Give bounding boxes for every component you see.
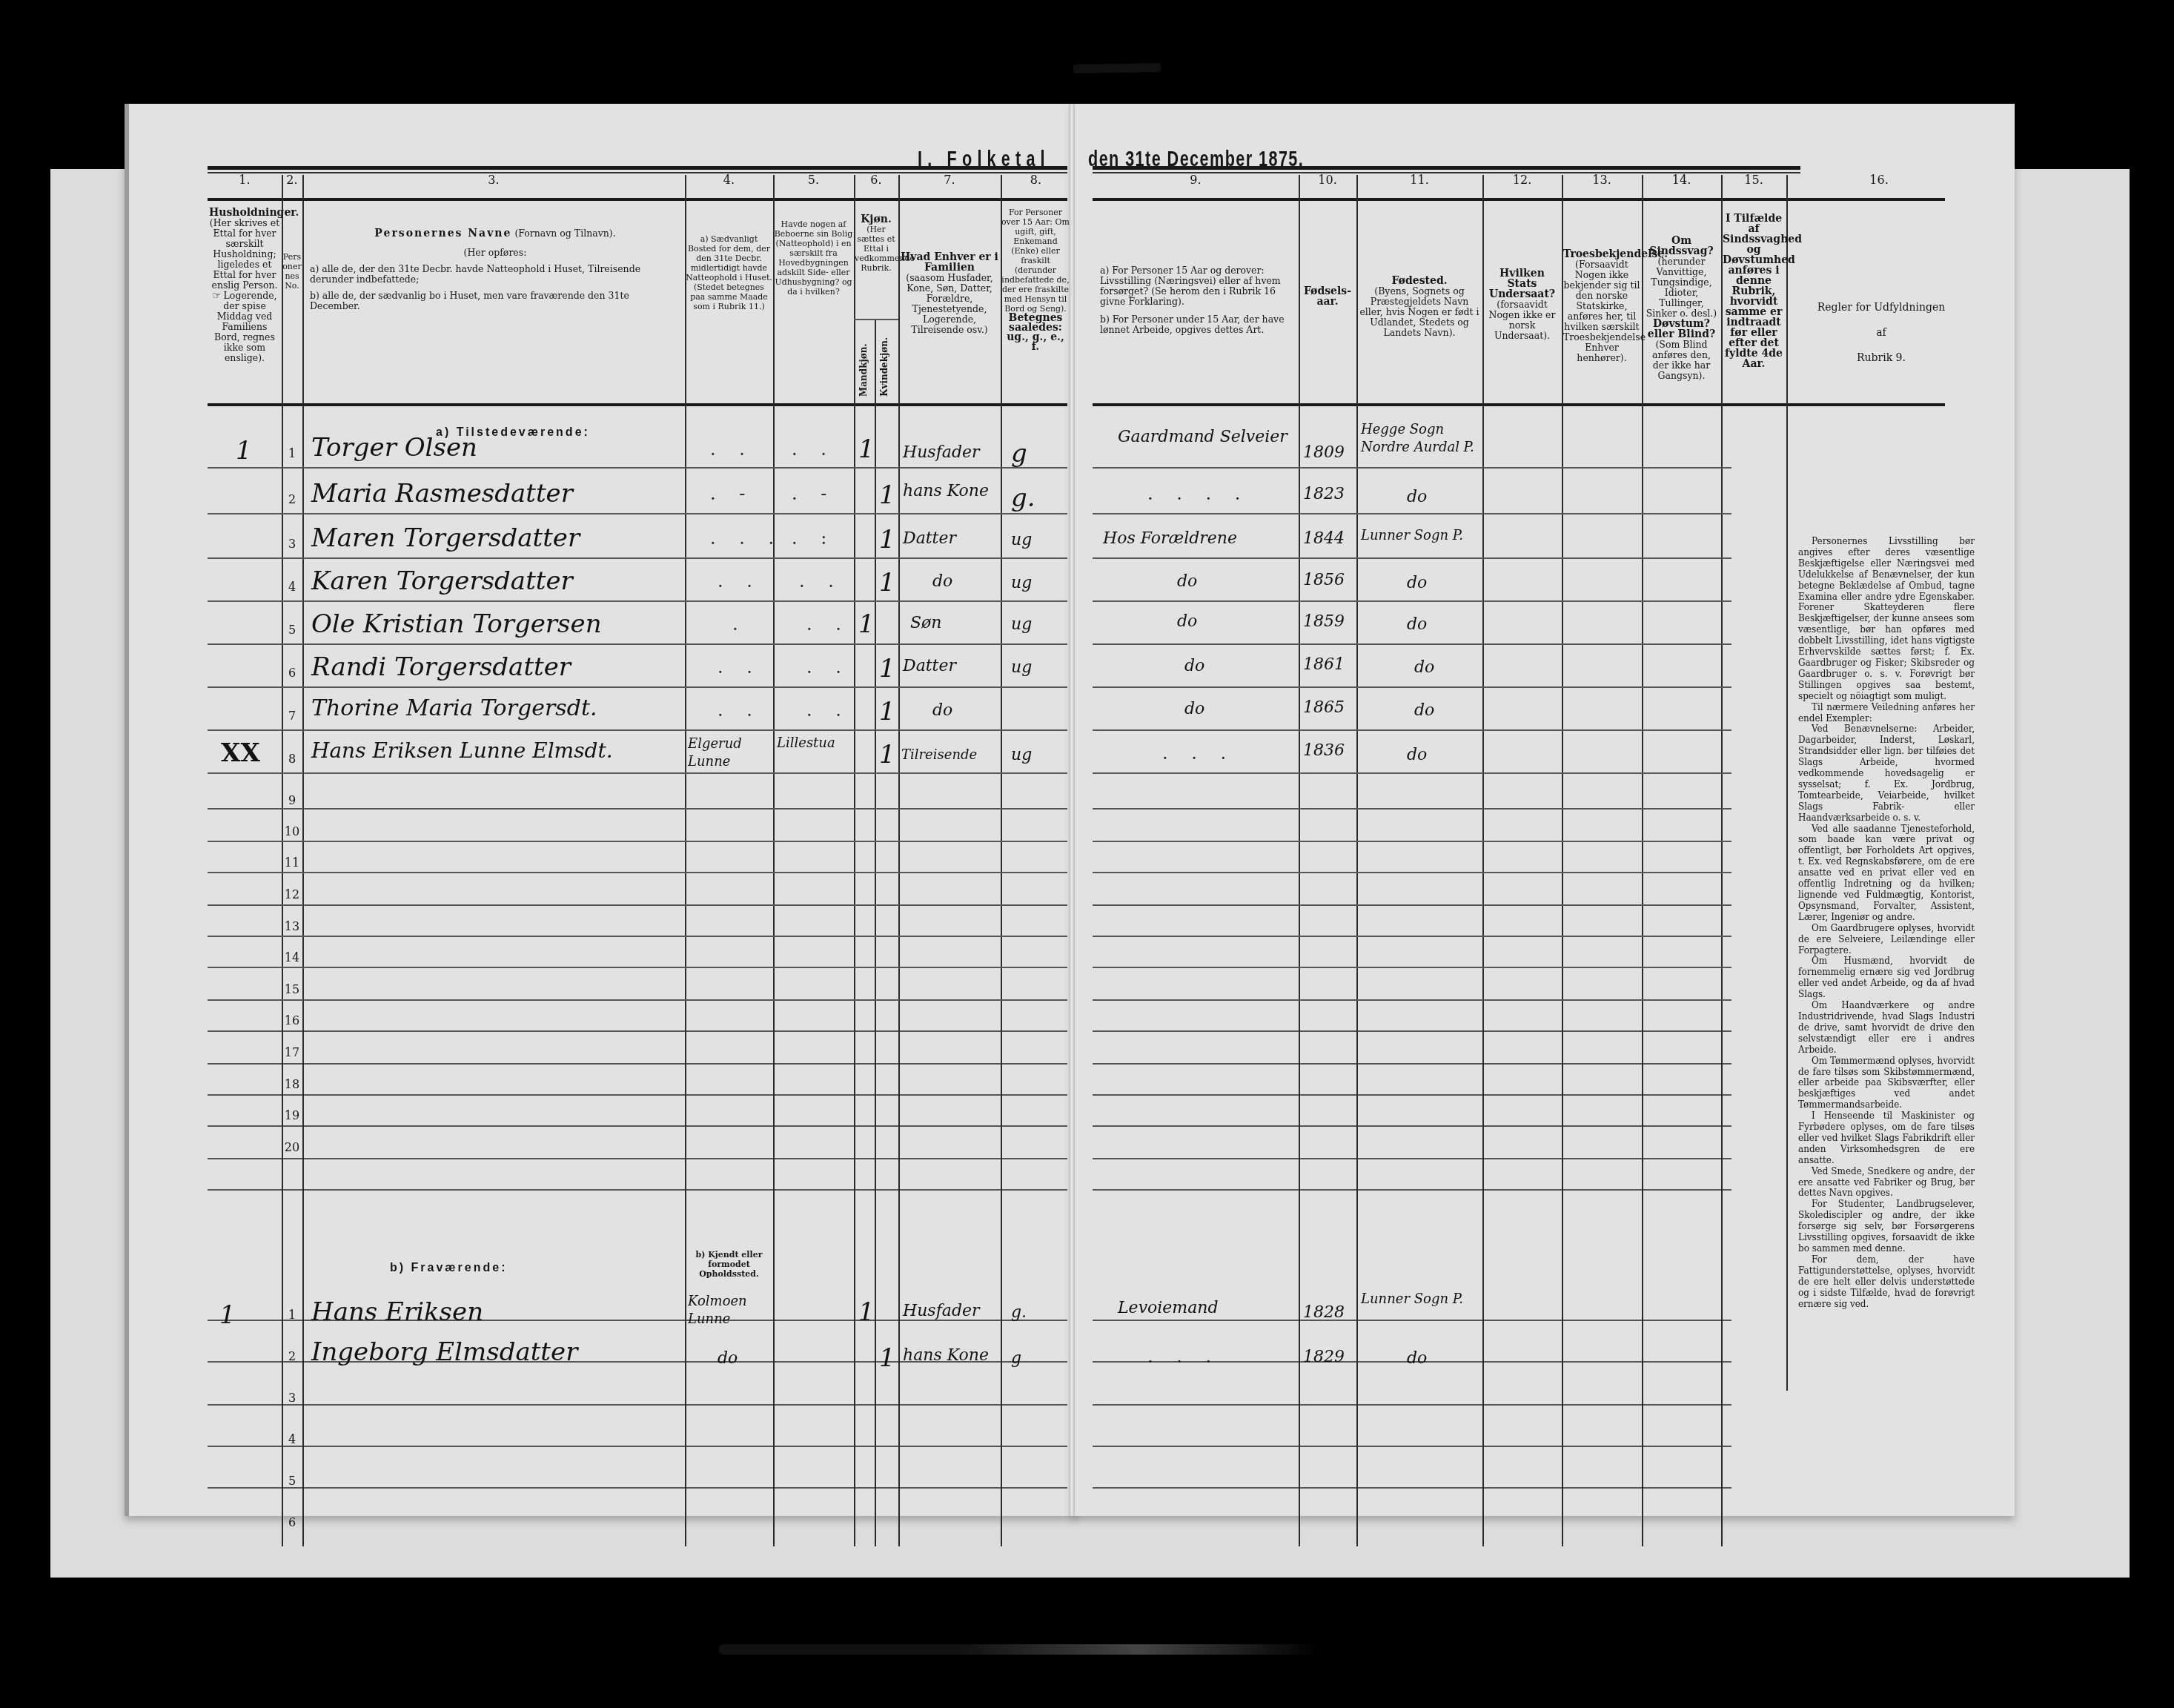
row-rule <box>208 467 1067 469</box>
row-rule <box>208 841 1067 842</box>
female-mark: 1 <box>879 740 895 769</box>
col-num-7: 7. <box>898 173 1001 187</box>
row-rule <box>1093 1158 1731 1159</box>
male-mark: 1 <box>858 609 875 639</box>
bygning: . . <box>806 614 850 635</box>
opholdssted: Kolmoen Lunne <box>688 1293 769 1328</box>
header-bottom-rule-left <box>208 403 1067 406</box>
header-col6: Kjøn.(Her sættes et Ettal i vedkommende … <box>855 215 898 273</box>
row-rule <box>1093 513 1731 514</box>
row-rule <box>208 1487 1067 1489</box>
header-col10: Fødsels-aar. <box>1300 286 1355 307</box>
row-number: 16 <box>283 1013 301 1027</box>
row-number: 8 <box>283 752 301 766</box>
absent-col4-label: b) Kjendt eller formodet Opholdssted. <box>686 1250 772 1279</box>
row-rule <box>208 1404 1067 1406</box>
row-number: 17 <box>283 1045 301 1059</box>
header-col16: Regler for Udfyldningen af Rubrik 9. <box>1792 295 1970 371</box>
occupation: do <box>1184 657 1204 675</box>
section-absent-label: b) Fraværende: <box>390 1262 507 1275</box>
occupation: do <box>1177 572 1197 591</box>
person-name: Randi Torgersdatter <box>311 652 571 682</box>
cross-mark: XX <box>221 738 260 768</box>
occupation: . . . <box>1162 743 1235 764</box>
row-number: 10 <box>283 824 301 838</box>
row-rule <box>208 872 1067 873</box>
col-line <box>685 1027 686 1546</box>
birthplace: do <box>1414 701 1434 720</box>
row-rule <box>208 904 1067 906</box>
row-number: 2 <box>283 1349 301 1363</box>
row-rule <box>1093 936 1731 937</box>
household-mark: 1 <box>219 1300 236 1330</box>
birthplace: do <box>1407 615 1427 634</box>
row-number: 13 <box>283 919 301 933</box>
col-num-2: 2. <box>282 173 302 187</box>
birthplace: Lunner Sogn P. <box>1361 528 1463 543</box>
civil-status: g <box>1011 1349 1021 1368</box>
col-num-11: 11. <box>1356 173 1482 187</box>
person-name: Ole Kristian Torgersen <box>311 609 602 639</box>
row-rule <box>1093 1487 1731 1489</box>
row-rule <box>1093 904 1731 906</box>
person-name: Thorine Maria Torgersdt. <box>311 695 597 721</box>
row-number: 3 <box>283 1391 301 1405</box>
row-number: 6 <box>283 666 301 680</box>
row-number: 19 <box>283 1108 301 1122</box>
family-role: Husfader <box>903 443 980 462</box>
row-number: 9 <box>283 793 301 807</box>
occupation: . . . <box>1147 1346 1220 1367</box>
header-col5: Havde nogen af Beboerne sin Bolig (Natte… <box>774 219 853 297</box>
row-rule <box>1093 686 1731 688</box>
col-line <box>1299 1027 1300 1546</box>
row-number: 5 <box>283 1474 301 1488</box>
bosted: . . . <box>710 528 783 549</box>
row-number: 18 <box>283 1077 301 1091</box>
family-role: Datter <box>903 529 956 548</box>
person-name: Hans Eriksen Lunne Elmsdt. <box>311 738 613 763</box>
birth-year: 1861 <box>1303 655 1345 674</box>
row-number: 5 <box>283 623 301 637</box>
row-number: 3 <box>283 537 301 551</box>
row-rule <box>208 1446 1067 1447</box>
row-number: 7 <box>283 709 301 723</box>
col-line <box>1482 1027 1484 1546</box>
top-rule-right <box>1093 166 1800 170</box>
civil-status: ug <box>1011 574 1032 592</box>
row-rule <box>1093 557 1731 559</box>
birthplace: do <box>1407 1349 1427 1368</box>
row-rule <box>208 600 1067 602</box>
row-rule <box>208 808 1067 810</box>
civil-status: g. <box>1011 483 1035 513</box>
col-num-3: 3. <box>302 173 685 187</box>
col-line <box>1356 1027 1358 1546</box>
bygning: . - <box>792 483 835 504</box>
row-number: 6 <box>283 1515 301 1529</box>
occupation: . . . . <box>1147 483 1249 504</box>
row-rule <box>1093 1030 1731 1032</box>
col-line <box>875 319 876 1027</box>
birthplace: do <box>1407 574 1427 592</box>
female-mark: 1 <box>879 525 895 555</box>
bosted: . . <box>718 700 761 721</box>
bygning: . . <box>806 657 850 678</box>
header-male: Mandkjøn. <box>858 343 869 397</box>
col-num-4: 4. <box>685 173 773 187</box>
row-rule <box>208 557 1067 559</box>
header-col2: Personernes No. <box>282 252 302 291</box>
person-name: Torger Olsen <box>311 433 477 463</box>
row-number: 1 <box>283 1308 301 1322</box>
birth-year: 1823 <box>1303 485 1345 503</box>
col-line <box>1721 1027 1723 1546</box>
female-mark: 1 <box>879 480 895 510</box>
occupation: do <box>1177 612 1197 631</box>
birth-year: 1844 <box>1303 529 1345 548</box>
female-mark: 1 <box>879 697 895 726</box>
bygning: . . <box>792 439 835 460</box>
row-rule <box>208 936 1067 937</box>
col-num-14: 14. <box>1642 173 1721 187</box>
col-line <box>875 1027 876 1546</box>
col-line <box>302 1027 304 1546</box>
col-num-9: 9. <box>1093 173 1299 187</box>
top-ink-mark <box>1073 63 1161 73</box>
header-bottom-rule-right <box>1093 403 1945 406</box>
bosted: . <box>732 614 747 635</box>
row-rule <box>208 1094 1067 1096</box>
birthplace: do <box>1407 746 1427 764</box>
col-num-1: 1. <box>208 173 282 187</box>
bottom-ink-mark <box>719 1644 1319 1655</box>
row-rule <box>208 999 1067 1001</box>
occupation: Hos Forældrene <box>1103 529 1237 548</box>
bosted: . . <box>718 571 761 592</box>
colnum-rule-left <box>208 198 1067 201</box>
book-spine <box>1069 104 1075 1516</box>
birthplace: Hegge Sogn Nordre Aurdal P. <box>1361 421 1479 457</box>
row-rule <box>208 686 1067 688</box>
opholdssted: do <box>718 1349 738 1368</box>
col-line <box>898 1027 900 1546</box>
col-num-12: 12. <box>1482 173 1562 187</box>
birth-year: 1856 <box>1303 571 1345 589</box>
civil-status: ug <box>1011 615 1032 634</box>
birth-year: 1809 <box>1303 443 1345 462</box>
col-num-15: 15. <box>1721 173 1786 187</box>
col-line <box>1642 1027 1643 1546</box>
person-name: Karen Torgersdatter <box>311 566 573 596</box>
row-rule <box>1093 1125 1731 1127</box>
row-rule <box>1093 729 1731 731</box>
male-mark: 1 <box>858 434 875 464</box>
row-number: 14 <box>283 950 301 964</box>
header-col11: Fødested.(Byens, Sognets og Præstegjelde… <box>1358 276 1481 338</box>
family-role: do <box>932 572 952 591</box>
row-rule <box>1093 643 1731 645</box>
col-line <box>1786 175 1788 1391</box>
family-role: hans Kone <box>903 1346 989 1365</box>
birth-year: 1828 <box>1303 1303 1345 1322</box>
bygning: Lillestua <box>777 735 835 751</box>
census-ledger: I. Folketal den 31te December 1875. 1. 2… <box>125 104 2015 1516</box>
civil-status: g. <box>1011 1303 1027 1322</box>
bygning: . . <box>806 700 850 721</box>
header-col7: Hvad Enhver er i Familien(saasom Husfade… <box>900 252 999 335</box>
bosted: . . <box>718 657 761 678</box>
civil-status: g <box>1011 439 1027 469</box>
person-name: Maren Torgersdatter <box>311 523 580 553</box>
col-line <box>1562 1027 1563 1546</box>
sex-subheader-rule <box>854 319 898 320</box>
col-line <box>773 1027 775 1546</box>
male-mark: 1 <box>858 1297 875 1327</box>
col-line <box>854 1027 855 1546</box>
bosted: Elgerud Lunne <box>688 735 769 771</box>
row-rule <box>208 513 1067 514</box>
row-number: 2 <box>283 492 301 506</box>
col-line <box>1001 1027 1002 1546</box>
row-rule <box>208 1125 1067 1127</box>
birth-year: 1836 <box>1303 741 1345 760</box>
header-col15: I Tilfælde af Sindssvaghed og Døvstumhed… <box>1723 213 1785 369</box>
header-col8: For Personer over 15 Aar: Om ugift, gift… <box>1001 208 1070 352</box>
col-num-10: 10. <box>1299 173 1356 187</box>
row-rule <box>208 967 1067 968</box>
row-rule <box>1093 1404 1731 1406</box>
civil-status: ug <box>1011 658 1032 677</box>
row-rule <box>1093 1446 1731 1447</box>
row-rule <box>208 1063 1067 1065</box>
row-number: 15 <box>283 982 301 996</box>
row-rule <box>208 643 1067 645</box>
family-role: Tilreisende <box>901 747 977 763</box>
rubrik9-rules: Personernes Livsstilling bør angives eft… <box>1798 536 1975 1309</box>
row-rule <box>208 1189 1067 1191</box>
col-num-5: 5. <box>773 173 854 187</box>
birthplace: do <box>1414 658 1434 677</box>
birth-year: 1859 <box>1303 612 1345 631</box>
row-rule <box>1093 1094 1731 1096</box>
row-rule <box>1093 967 1731 968</box>
row-rule <box>1093 999 1731 1001</box>
row-number: 4 <box>283 1432 301 1446</box>
row-rule <box>1093 772 1731 774</box>
col-num-16: 16. <box>1786 173 1972 187</box>
header-col14: Om Sindssvag?(herunder Vanvittige, Tungs… <box>1643 236 1720 381</box>
family-role: hans Kone <box>903 482 989 500</box>
occupation: do <box>1184 700 1204 718</box>
female-mark: 1 <box>879 1343 895 1373</box>
row-rule <box>208 772 1067 774</box>
row-number: 20 <box>283 1140 301 1154</box>
birthplace: Lunner Sogn P. <box>1361 1290 1479 1309</box>
col-num-13: 13. <box>1562 173 1642 187</box>
birthplace: do <box>1407 488 1427 506</box>
col-num-8: 8. <box>1001 173 1071 187</box>
person-name: Ingeborg Elmsdatter <box>311 1337 577 1367</box>
row-rule <box>1093 600 1731 602</box>
row-rule <box>1093 872 1731 873</box>
female-mark: 1 <box>879 568 895 598</box>
row-rule <box>1093 808 1731 810</box>
header-col13: Troesbekjendelse.(Forsaavidt Nogen ikke … <box>1563 249 1640 363</box>
header-col9: a) For Personer 15 Aar og derover: Livss… <box>1100 265 1294 335</box>
civil-status: ug <box>1011 746 1032 764</box>
col-line <box>282 1027 283 1546</box>
family-role: Søn <box>910 614 942 632</box>
header-female: Kvindekjøn. <box>879 337 889 397</box>
birth-year: 1829 <box>1303 1348 1345 1366</box>
row-rule <box>208 1030 1067 1032</box>
family-role: do <box>932 701 952 720</box>
row-number: 12 <box>283 887 301 901</box>
row-rule <box>1093 1320 1731 1321</box>
birth-year: 1865 <box>1303 698 1345 717</box>
person-name: Hans Eriksen <box>311 1297 483 1327</box>
bygning: . : <box>792 528 835 549</box>
bosted: . - <box>710 483 754 504</box>
family-role: Husfader <box>903 1302 980 1320</box>
civil-status: ug <box>1011 531 1032 549</box>
row-rule <box>208 1158 1067 1159</box>
family-role: Datter <box>903 657 956 675</box>
top-rule-left <box>208 166 1067 170</box>
row-rule <box>1093 1063 1731 1065</box>
bosted: . . <box>710 439 754 460</box>
row-rule <box>1093 841 1731 842</box>
bygning: . . <box>799 571 843 592</box>
person-name: Maria Rasmesdatter <box>311 479 573 509</box>
household-mark: 1 <box>236 436 252 466</box>
row-rule <box>1093 467 1731 469</box>
header-col12: Hvilken Stats Undersaat?(forsaavidt Noge… <box>1484 268 1560 341</box>
row-number: 4 <box>283 580 301 594</box>
row-rule <box>208 729 1067 731</box>
header-col3: Personernes Navne (Fornavn og Tilnavn). … <box>310 228 680 311</box>
row-rule <box>1093 1189 1731 1191</box>
header-col1: Husholdninger. (Her skrives et Ettal for… <box>209 208 280 363</box>
occupation: Gaardmand Selveier <box>1118 423 1288 452</box>
colnum-rule-right <box>1093 198 1945 201</box>
row-number: 11 <box>283 855 301 870</box>
female-mark: 1 <box>879 654 895 683</box>
row-number: 1 <box>283 446 301 460</box>
header-col4: a) Sædvanligt Bosted for dem, der den 31… <box>686 234 772 311</box>
col-num-6: 6. <box>854 173 898 187</box>
occupation: Levoiemand <box>1118 1299 1219 1317</box>
